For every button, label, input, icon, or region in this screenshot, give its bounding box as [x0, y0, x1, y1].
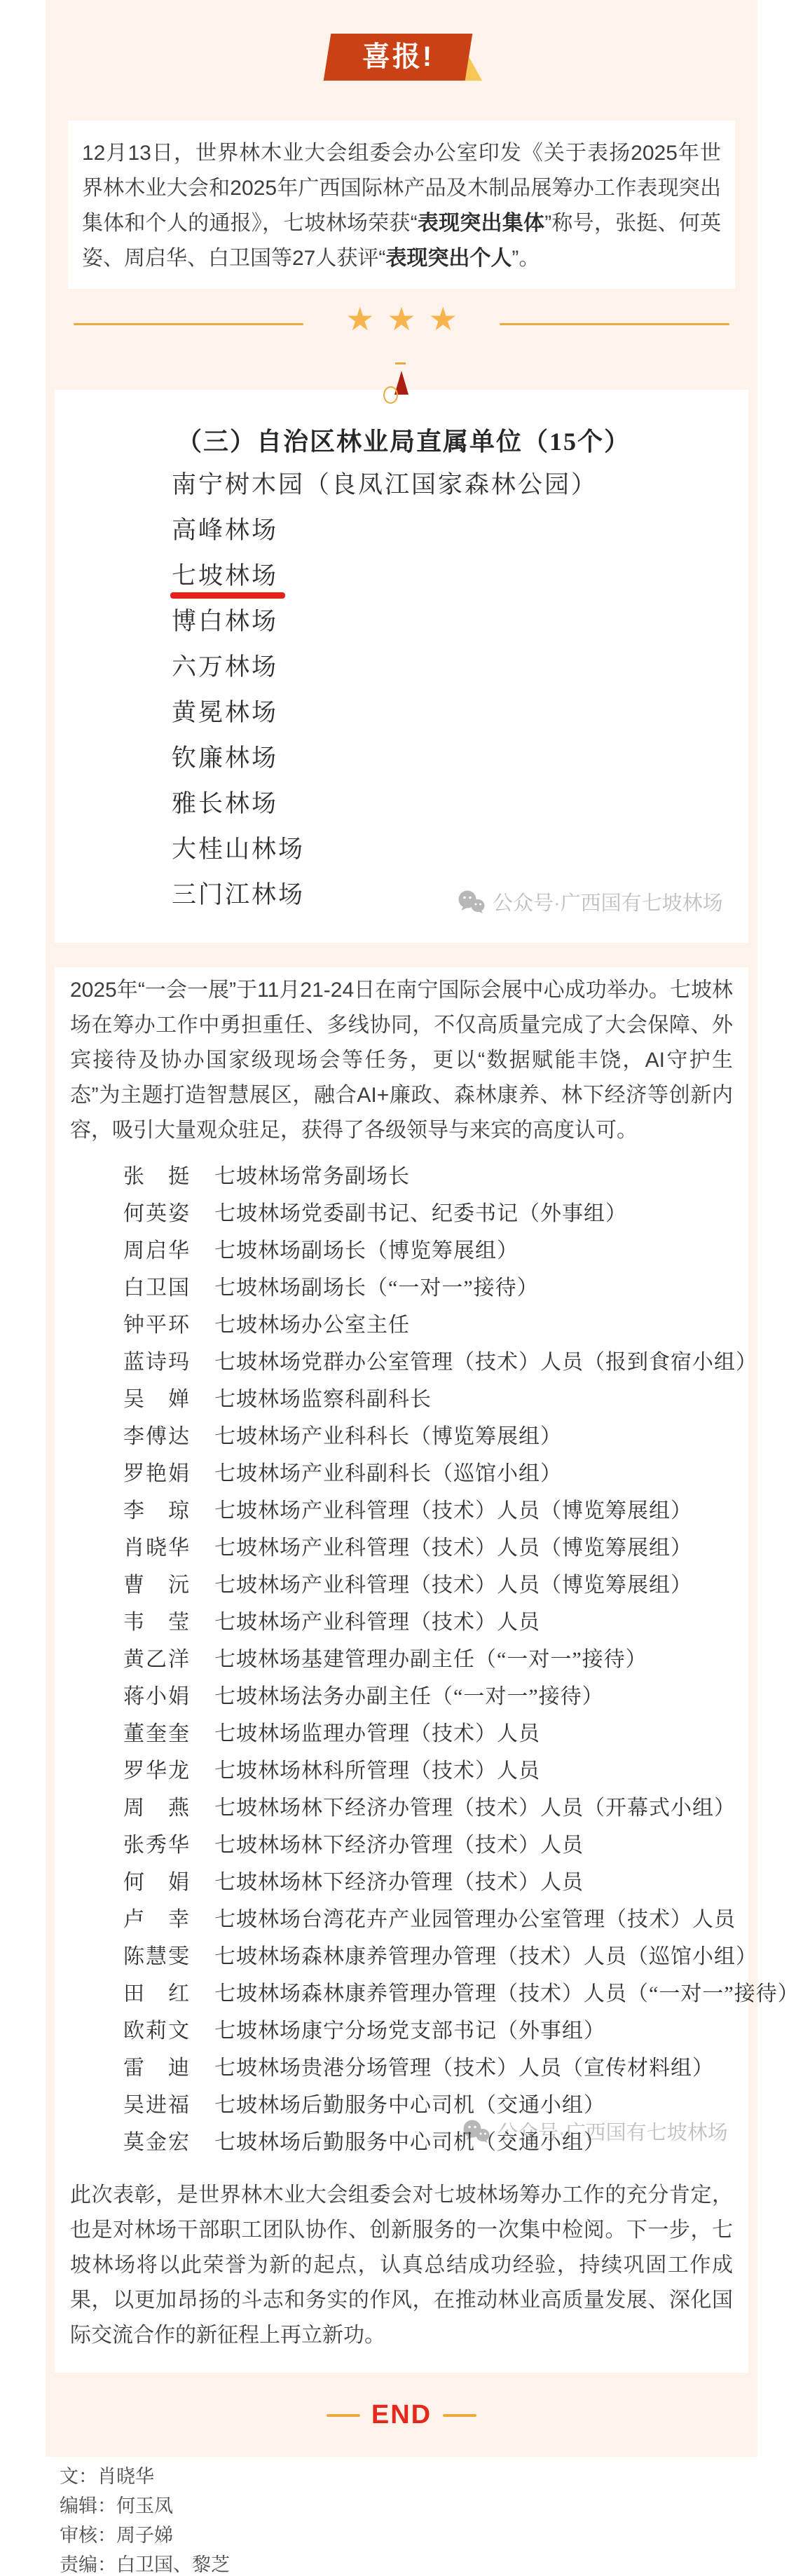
stars-divider: ★★★ — [296, 301, 507, 337]
person-name: 肖晓华 — [123, 1529, 189, 1567]
person-title: 七坡林场产业科科长（博览筹展组） — [214, 1425, 562, 1448]
honor-list-row: 何娟七坡林场林下经济办管理（技术）人员 — [123, 1864, 748, 1901]
divider-line-right — [500, 323, 729, 325]
end-dash-left — [327, 2414, 360, 2417]
end-dash-right — [443, 2414, 476, 2417]
end-divider: END — [0, 2400, 803, 2430]
person-title: 七坡林场产业科管理（技术）人员（博览筹展组） — [214, 1536, 692, 1560]
unit-list-item: 南宁树木园（良凤江国家森林公园） — [172, 462, 598, 507]
person-name: 钟平环 — [123, 1307, 189, 1344]
intro-card: 12月13日，世界林木业大会组委会办公室印发《关于表扬2025年世界林木业大会和… — [68, 121, 735, 289]
person-title: 七坡林场林下经济办管理（技术）人员（开幕式小组） — [214, 1797, 736, 1820]
good-news-banner: 喜报! — [324, 34, 473, 81]
honor-list-row: 张挺七坡林场常务副场长 — [123, 1158, 748, 1195]
document-scan-card: 公众号·广西国有七坡林场 （三）自治区林业局直属单位（15个） 南宁树木园（良凤… — [55, 390, 748, 943]
honor-list-row: 蓝诗玛七坡林场党群办公室管理（技术）人员（报到食宿小组） — [123, 1344, 748, 1381]
honor-list-row: 肖晓华七坡林场产业科管理（技术）人员（博览筹展组） — [123, 1529, 748, 1567]
body-paragraph: 2025年“一会一展”于11月21-24日在南宁国际会展中心成功举办。七坡林场在… — [70, 973, 733, 1148]
unit-list-item: 钦廉林场 — [172, 735, 278, 781]
person-title: 七坡林场林下经济办管理（技术）人员 — [214, 1834, 584, 1857]
person-title: 七坡林场后勤服务中心司机（交通小组） — [214, 2131, 605, 2154]
ring-decor — [383, 386, 398, 404]
honor-list-row: 罗艳娟七坡林场产业科副科长（巡馆小组） — [123, 1455, 748, 1492]
person-title: 七坡林场产业科管理（技术）人员（博览筹展组） — [214, 1574, 692, 1597]
person-title: 七坡林场办公室主任 — [214, 1314, 410, 1337]
honor-list-row: 陈慧雯七坡林场森林康养管理办管理（技术）人员（巡馆小组） — [123, 1938, 748, 1975]
divider-line-left — [74, 323, 303, 325]
honor-list: 张挺七坡林场常务副场长何英姿七坡林场党委副书记、纪委书记（外事组）周启华七坡林场… — [123, 1158, 748, 2161]
star-icon: ★ — [429, 301, 470, 337]
person-title: 七坡林场林下经济办管理（技术）人员 — [214, 1871, 584, 1894]
document-heading: （三）自治区林业局直属单位（15个） — [177, 422, 748, 458]
person-title: 七坡林场产业科管理（技术）人员（博览筹展组） — [214, 1499, 692, 1522]
honor-list-row: 黄乙洋七坡林场基建管理办副主任（“一对一”接待） — [123, 1641, 748, 1678]
honor-list-row: 罗华龙七坡林场林科所管理（技术）人员 — [123, 1752, 748, 1790]
good-news-banner-label: 喜报! — [327, 34, 469, 81]
person-name: 田红 — [123, 1975, 189, 2012]
person-name: 张秀华 — [123, 1827, 189, 1864]
honor-list-row: 董奎奎七坡林场监理办管理（技术）人员 — [123, 1715, 748, 1752]
person-name: 白卫国 — [123, 1269, 189, 1307]
end-label: END — [371, 2400, 432, 2430]
person-name: 雷迪 — [123, 2050, 189, 2087]
credit-line: 责编：白卫国、黎芝 — [60, 2550, 230, 2576]
unit-list-item: 博白林场 — [172, 599, 278, 644]
honor-list-row: 莫金宏七坡林场后勤服务中心司机（交通小组） — [123, 2124, 748, 2161]
closing-paragraph: 此次表彰，是世界林木业大会组委会对七坡林场筹办工作的充分肯定，也是对林场干部职工… — [70, 2178, 733, 2353]
person-name: 李琼 — [123, 1492, 189, 1529]
honor-list-row: 卢幸七坡林场台湾花卉产业园管理办公室管理（技术）人员 — [123, 1901, 748, 1938]
star-icon: ★ — [345, 301, 387, 337]
person-name: 吴婵 — [123, 1381, 189, 1418]
person-title: 七坡林场产业科管理（技术）人员 — [214, 1611, 540, 1634]
honor-list-row: 李琼七坡林场产业科管理（技术）人员（博览筹展组） — [123, 1492, 748, 1529]
honor-list-row: 白卫国七坡林场副场长（“一对一”接待） — [123, 1269, 748, 1307]
person-name: 陈慧雯 — [123, 1938, 189, 1975]
person-title: 七坡林场森林康养管理办管理（技术）人员（巡馆小组） — [214, 1945, 757, 1968]
honor-list-row: 钟平环七坡林场办公室主任 — [123, 1307, 748, 1344]
person-name: 张挺 — [123, 1158, 189, 1195]
person-name: 李傅达 — [123, 1418, 189, 1455]
honor-list-row: 雷迪七坡林场贵港分场管理（技术）人员（宣传材料组） — [123, 2050, 748, 2087]
person-title: 七坡林场法务办副主任（“一对一”接待） — [214, 1685, 604, 1708]
person-title: 七坡林场康宁分场党支部书记（外事组） — [214, 2019, 605, 2043]
person-title: 七坡林场党群办公室管理（技术）人员（报到食宿小组） — [214, 1351, 757, 1374]
person-title: 七坡林场后勤服务中心司机（交通小组） — [214, 2094, 605, 2117]
person-name: 吴进福 — [123, 2087, 189, 2124]
unit-list-item: 大桂山林场 — [172, 826, 305, 872]
person-title: 七坡林场监理办管理（技术）人员 — [214, 1722, 540, 1745]
person-name: 莫金宏 — [123, 2124, 189, 2161]
person-name: 董奎奎 — [123, 1715, 189, 1752]
person-name: 罗艳娟 — [123, 1455, 189, 1492]
honor-list-row: 欧莉文七坡林场康宁分场党支部书记（外事组） — [123, 2012, 748, 2050]
person-name: 蓝诗玛 — [123, 1344, 189, 1381]
honor-individual-label: 表现突出个人 — [385, 247, 512, 270]
person-name: 罗华龙 — [123, 1752, 189, 1790]
unit-list-item: 雅长林场 — [172, 781, 278, 826]
unit-list-item: 高峰林场 — [172, 507, 278, 553]
honor-list-row: 吴进福七坡林场后勤服务中心司机（交通小组） — [123, 2087, 748, 2124]
person-name: 何英姿 — [123, 1195, 189, 1232]
person-name: 曹沅 — [123, 1567, 189, 1604]
person-name: 蒋小娟 — [123, 1678, 189, 1715]
person-title: 七坡林场森林康养管理办管理（技术）人员（“一对一”接待） — [214, 1982, 799, 2005]
person-name: 黄乙洋 — [123, 1641, 189, 1678]
person-name: 卢幸 — [123, 1901, 189, 1938]
honor-list-row: 张秀华七坡林场林下经济办管理（技术）人员 — [123, 1827, 748, 1864]
person-name: 何娟 — [123, 1864, 189, 1901]
honor-list-row: 韦莹七坡林场产业科管理（技术）人员 — [123, 1604, 748, 1641]
intro-paragraph: 12月13日，世界林木业大会组委会办公室印发《关于表扬2025年世界林木业大会和… — [82, 136, 721, 276]
unit-list: 南宁树木园（良凤江国家森林公园）高峰林场七坡林场博白林场六万林场黄冕林场钦廉林场… — [172, 462, 748, 918]
credits-block: 文：肖晓华编辑：何玉凤审核：周子娣责编：白卫国、黎芝 — [60, 2462, 230, 2576]
honor-list-row: 吴婵七坡林场监察科副科长 — [123, 1381, 748, 1418]
honor-list-row: 周燕七坡林场林下经济办管理（技术）人员（开幕式小组） — [123, 1790, 748, 1827]
credit-line: 编辑：何玉凤 — [60, 2491, 230, 2521]
person-title: 七坡林场贵港分场管理（技术）人员（宣传材料组） — [214, 2057, 714, 2080]
honor-list-row: 周启华七坡林场副场长（博览筹展组） — [123, 1232, 748, 1269]
star-icon: ★ — [387, 301, 428, 337]
main-text-card: 公众号·广西国有七坡林场 2025年“一会一展”于11月21-24日在南宁国际会… — [55, 967, 748, 2373]
arrow-dash-decor — [395, 362, 406, 364]
unit-list-item: 黄冕林场 — [172, 690, 278, 735]
person-name: 周燕 — [123, 1790, 189, 1827]
person-title: 七坡林场林科所管理（技术）人员 — [214, 1759, 540, 1783]
unit-list-item: 三门江林场 — [172, 872, 305, 918]
honor-list-row: 曹沅七坡林场产业科管理（技术）人员（博览筹展组） — [123, 1567, 748, 1604]
credit-line: 审核：周子娣 — [60, 2521, 230, 2550]
person-title: 七坡林场常务副场长 — [214, 1165, 410, 1188]
person-title: 七坡林场党委副书记、纪委书记（外事组） — [214, 1202, 627, 1225]
honor-collective-label: 表现突出集体 — [418, 212, 545, 235]
intro-text: ”。 — [512, 247, 540, 270]
honor-list-row: 蒋小娟七坡林场法务办副主任（“一对一”接待） — [123, 1678, 748, 1715]
person-name: 欧莉文 — [123, 2012, 189, 2050]
person-title: 七坡林场基建管理办副主任（“一对一”接待） — [214, 1648, 647, 1671]
person-title: 七坡林场产业科副科长（巡馆小组） — [214, 1462, 562, 1485]
person-title: 七坡林场台湾花卉产业园管理办公室管理（技术）人员 — [214, 1908, 736, 1931]
honor-list-row: 李傅达七坡林场产业科科长（博览筹展组） — [123, 1418, 748, 1455]
person-name: 周启华 — [123, 1232, 189, 1269]
person-title: 七坡林场监察科副科长 — [214, 1388, 432, 1411]
unit-list-item: 七坡林场 — [172, 553, 278, 599]
person-title: 七坡林场副场长（博览筹展组） — [214, 1239, 519, 1262]
person-name: 韦莹 — [123, 1604, 189, 1641]
honor-list-row: 何英姿七坡林场党委副书记、纪委书记（外事组） — [123, 1195, 748, 1232]
credit-line: 文：肖晓华 — [60, 2462, 230, 2491]
unit-list-item: 六万林场 — [172, 644, 278, 690]
person-title: 七坡林场副场长（“一对一”接待） — [214, 1276, 539, 1300]
honor-list-row: 田红七坡林场森林康养管理办管理（技术）人员（“一对一”接待） — [123, 1975, 748, 2012]
